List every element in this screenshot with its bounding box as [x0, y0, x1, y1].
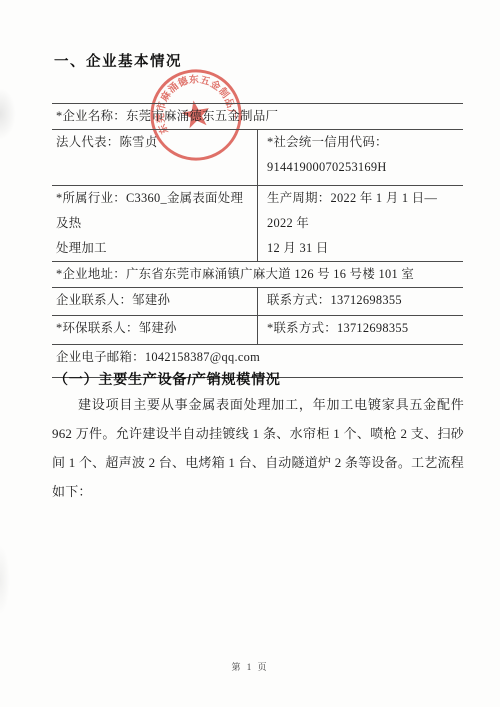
field-industry: *所属行业：C3360_金属表面处理及热 处理加工 [52, 186, 258, 262]
table-row: 企业联系人：邹建孙 联系方式：13712698355 [52, 288, 463, 316]
scan-artifact [0, 88, 16, 140]
table-row: *企业地址：广东省东莞市麻涌镇广麻大道 126 号 16 号楼 101 室 [52, 262, 463, 288]
scan-artifact [0, 545, 10, 615]
table-row: 法人代表：陈雪贞 *社会统一信用代码： 91441900070253169H [52, 130, 463, 186]
body-paragraph: 建设项目主要从事金属表面处理加工，年加工电镀家具五金配件 962 万件。允许建设… [52, 390, 464, 506]
field-production-period: 生产周期：2022 年 1 月 1 日—2022 年 12 月 31 日 [258, 186, 464, 262]
field-company-name: *企业名称：东莞市麻涌德东五金制品厂 [52, 104, 463, 130]
field-legal-representative: 法人代表：陈雪贞 [52, 130, 258, 186]
field-env-contact-phone: *联系方式：13712698355 [258, 316, 464, 345]
table-row: *所属行业：C3360_金属表面处理及热 处理加工 生产周期：2022 年 1 … [52, 186, 463, 262]
field-company-contact: 企业联系人：邹建孙 [52, 288, 258, 316]
field-env-contact: *环保联系人：邹建孙 [52, 316, 258, 345]
page-footer: 第 1 页 [0, 660, 500, 673]
section-heading: （一）主要生产设备/产销规模情况 [54, 369, 281, 389]
table-row: *企业名称：东莞市麻涌德东五金制品厂 [52, 104, 463, 130]
enterprise-info-table: *企业名称：东莞市麻涌德东五金制品厂 法人代表：陈雪贞 *社会统一信用代码： 9… [52, 103, 463, 378]
field-contact-phone: 联系方式：13712698355 [258, 288, 464, 316]
field-company-address: *企业地址：广东省东莞市麻涌镇广麻大道 126 号 16 号楼 101 室 [52, 262, 463, 288]
table-row: *环保联系人：邹建孙 *联系方式：13712698355 [52, 316, 463, 345]
document-page: 一、企业基本情况 东莞市麻涌德东五金制品厂 *企业名称：东莞市麻涌德东五金制品厂… [0, 0, 500, 707]
field-credit-code: *社会统一信用代码： 91441900070253169H [258, 130, 464, 186]
